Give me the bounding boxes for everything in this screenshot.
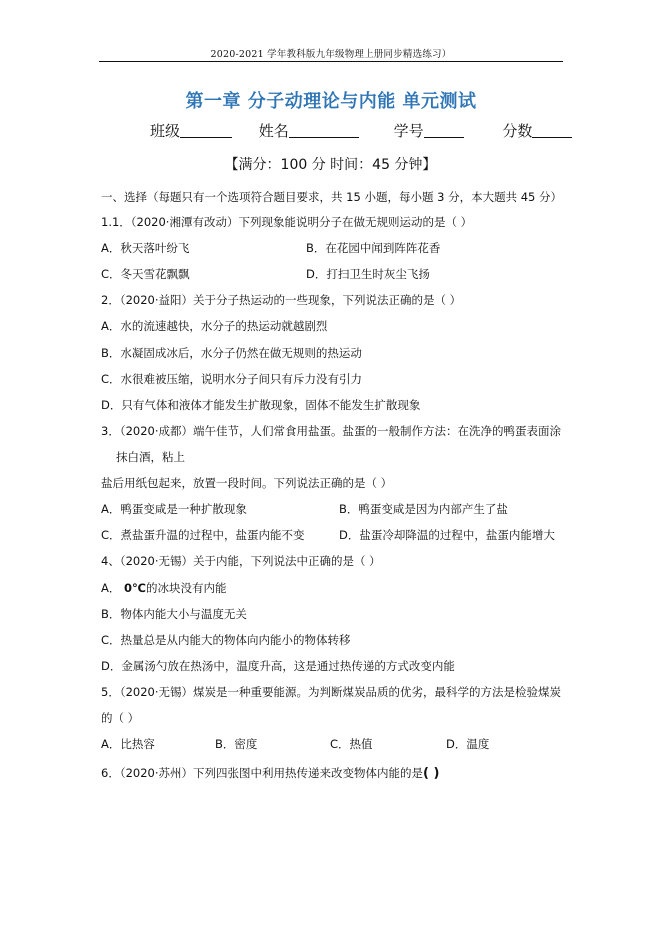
question-4-option-b: B．物体内能大小与温度无关: [101, 606, 247, 622]
question-1-option-c: C．冬天雪花飘飘: [101, 266, 190, 282]
question-3-stem-continued: 抹白酒，粘上: [116, 449, 185, 465]
question-4-stem: 4、（2020·无锡）关于内能，下列说法中正确的是（ ）: [101, 553, 381, 569]
question-3-option-b: B．鸭蛋变咸是因为内部产生了盐: [339, 501, 508, 517]
name-field: 姓名: [259, 120, 359, 141]
question-3-option-d: D．盐蛋冷却降温的过程中，盐蛋内能增大: [339, 527, 555, 543]
option-a-text: 的冰块没有内能: [146, 581, 227, 595]
running-header: 2020-2021 学年教科版九年级物理上册同步精选练习）: [99, 46, 563, 60]
exam-meta: 【满分：100 分 时间：45 分钟】: [0, 154, 661, 174]
page-title: 第一章 分子动理论与内能 单元测试: [99, 87, 563, 113]
question-3-option-a: A．鸭蛋变咸是一种扩散现象: [101, 501, 247, 517]
question-2-option-d: D．只有气体和液体才能发生扩散现象，固体不能发生扩散现象: [101, 397, 420, 413]
question-2-option-b: B．水凝固成冰后，水分子仍然在做无规则的热运动: [101, 345, 362, 361]
question-5-option-c: C．热值: [330, 736, 373, 752]
question-5-stem-continued: 的（ ）: [101, 710, 139, 726]
question-5-option-d: D．温度: [446, 736, 489, 752]
temperature-value: 0℃: [124, 581, 146, 595]
class-field: 班级: [150, 120, 232, 141]
question-6-stem: 6．（2020·苏州）下列四张图中利用热传递来改变物体内能的是( ): [101, 765, 439, 782]
header-divider: [99, 61, 563, 62]
question-5-option-b: B．密度: [215, 736, 257, 752]
question-4-option-d: D．金属汤勺放在热汤中，温度升高，这是通过热传递的方式改变内能: [101, 658, 455, 674]
question-2-option-a: A．水的流速越快，水分子的热运动就越剧烈: [101, 318, 327, 334]
name-label: 姓名: [259, 122, 289, 140]
question-3-stem-continued-2: 盐后用纸包起来，放置一段时间。下列说法正确的是（ ）: [101, 475, 392, 491]
question-1-option-d: D．打扫卫生时灰尘飞扬: [306, 266, 430, 282]
score-field: 分数: [502, 120, 572, 141]
option-a-letter: A．: [101, 581, 120, 595]
question-4-option-a: A． 0℃的冰块没有内能: [101, 580, 226, 596]
student-number-field: 学号: [394, 120, 464, 141]
score-label: 分数: [502, 122, 532, 140]
name-blank: [289, 123, 359, 138]
question-3-stem: 3．（2020·成都）端午佳节，人们常食用盐蛋。盐蛋的一般制作方法：在洗净的鸭蛋…: [101, 423, 561, 439]
question-5-option-a: A．比热容: [101, 736, 155, 752]
question-1-option-b: B．在花园中闻到阵阵花香: [306, 240, 440, 256]
document-page: 2020-2021 学年教科版九年级物理上册同步精选练习） 第一章 分子动理论与…: [0, 0, 661, 935]
question-2-option-c: C．水很难被压缩，说明水分子间只有斥力没有引力: [101, 371, 362, 387]
question-3-option-c: C．煮盐蛋升温的过程中，盐蛋内能不变: [101, 527, 305, 543]
question-1-stem: 1.1．（2020·湘潭有改动）下列现象能说明分子在做无规则运动的是（ ）: [101, 214, 472, 230]
section-heading: 一、选择（每题只有一个选项符合题目要求，共 15 小题，每小题 3 分，本大题共…: [101, 189, 562, 205]
class-label: 班级: [150, 122, 180, 140]
student-info-row: 班级 姓名 学号 分数: [150, 120, 594, 141]
question-5-stem: 5．（2020·无锡）煤炭是一种重要能源。为判断煤炭品质的优劣，最科学的方法是检…: [101, 684, 561, 700]
answer-parentheses: ( ): [423, 766, 439, 781]
question-2-stem: 2．（2020·益阳）关于分子热运动的一些现象，下列说法正确的是（ ）: [101, 292, 461, 308]
question-1-option-a: A．秋天落叶纷飞: [101, 240, 189, 256]
score-blank: [532, 123, 572, 138]
class-blank: [180, 123, 232, 138]
question-4-option-c: C．热量总是从内能大的物体向内能小的物体转移: [101, 632, 351, 648]
student-number-label: 学号: [394, 122, 424, 140]
question-6-text: 6．（2020·苏州）下列四张图中利用热传递来改变物体内能的是: [101, 766, 423, 780]
student-number-blank: [424, 123, 464, 138]
